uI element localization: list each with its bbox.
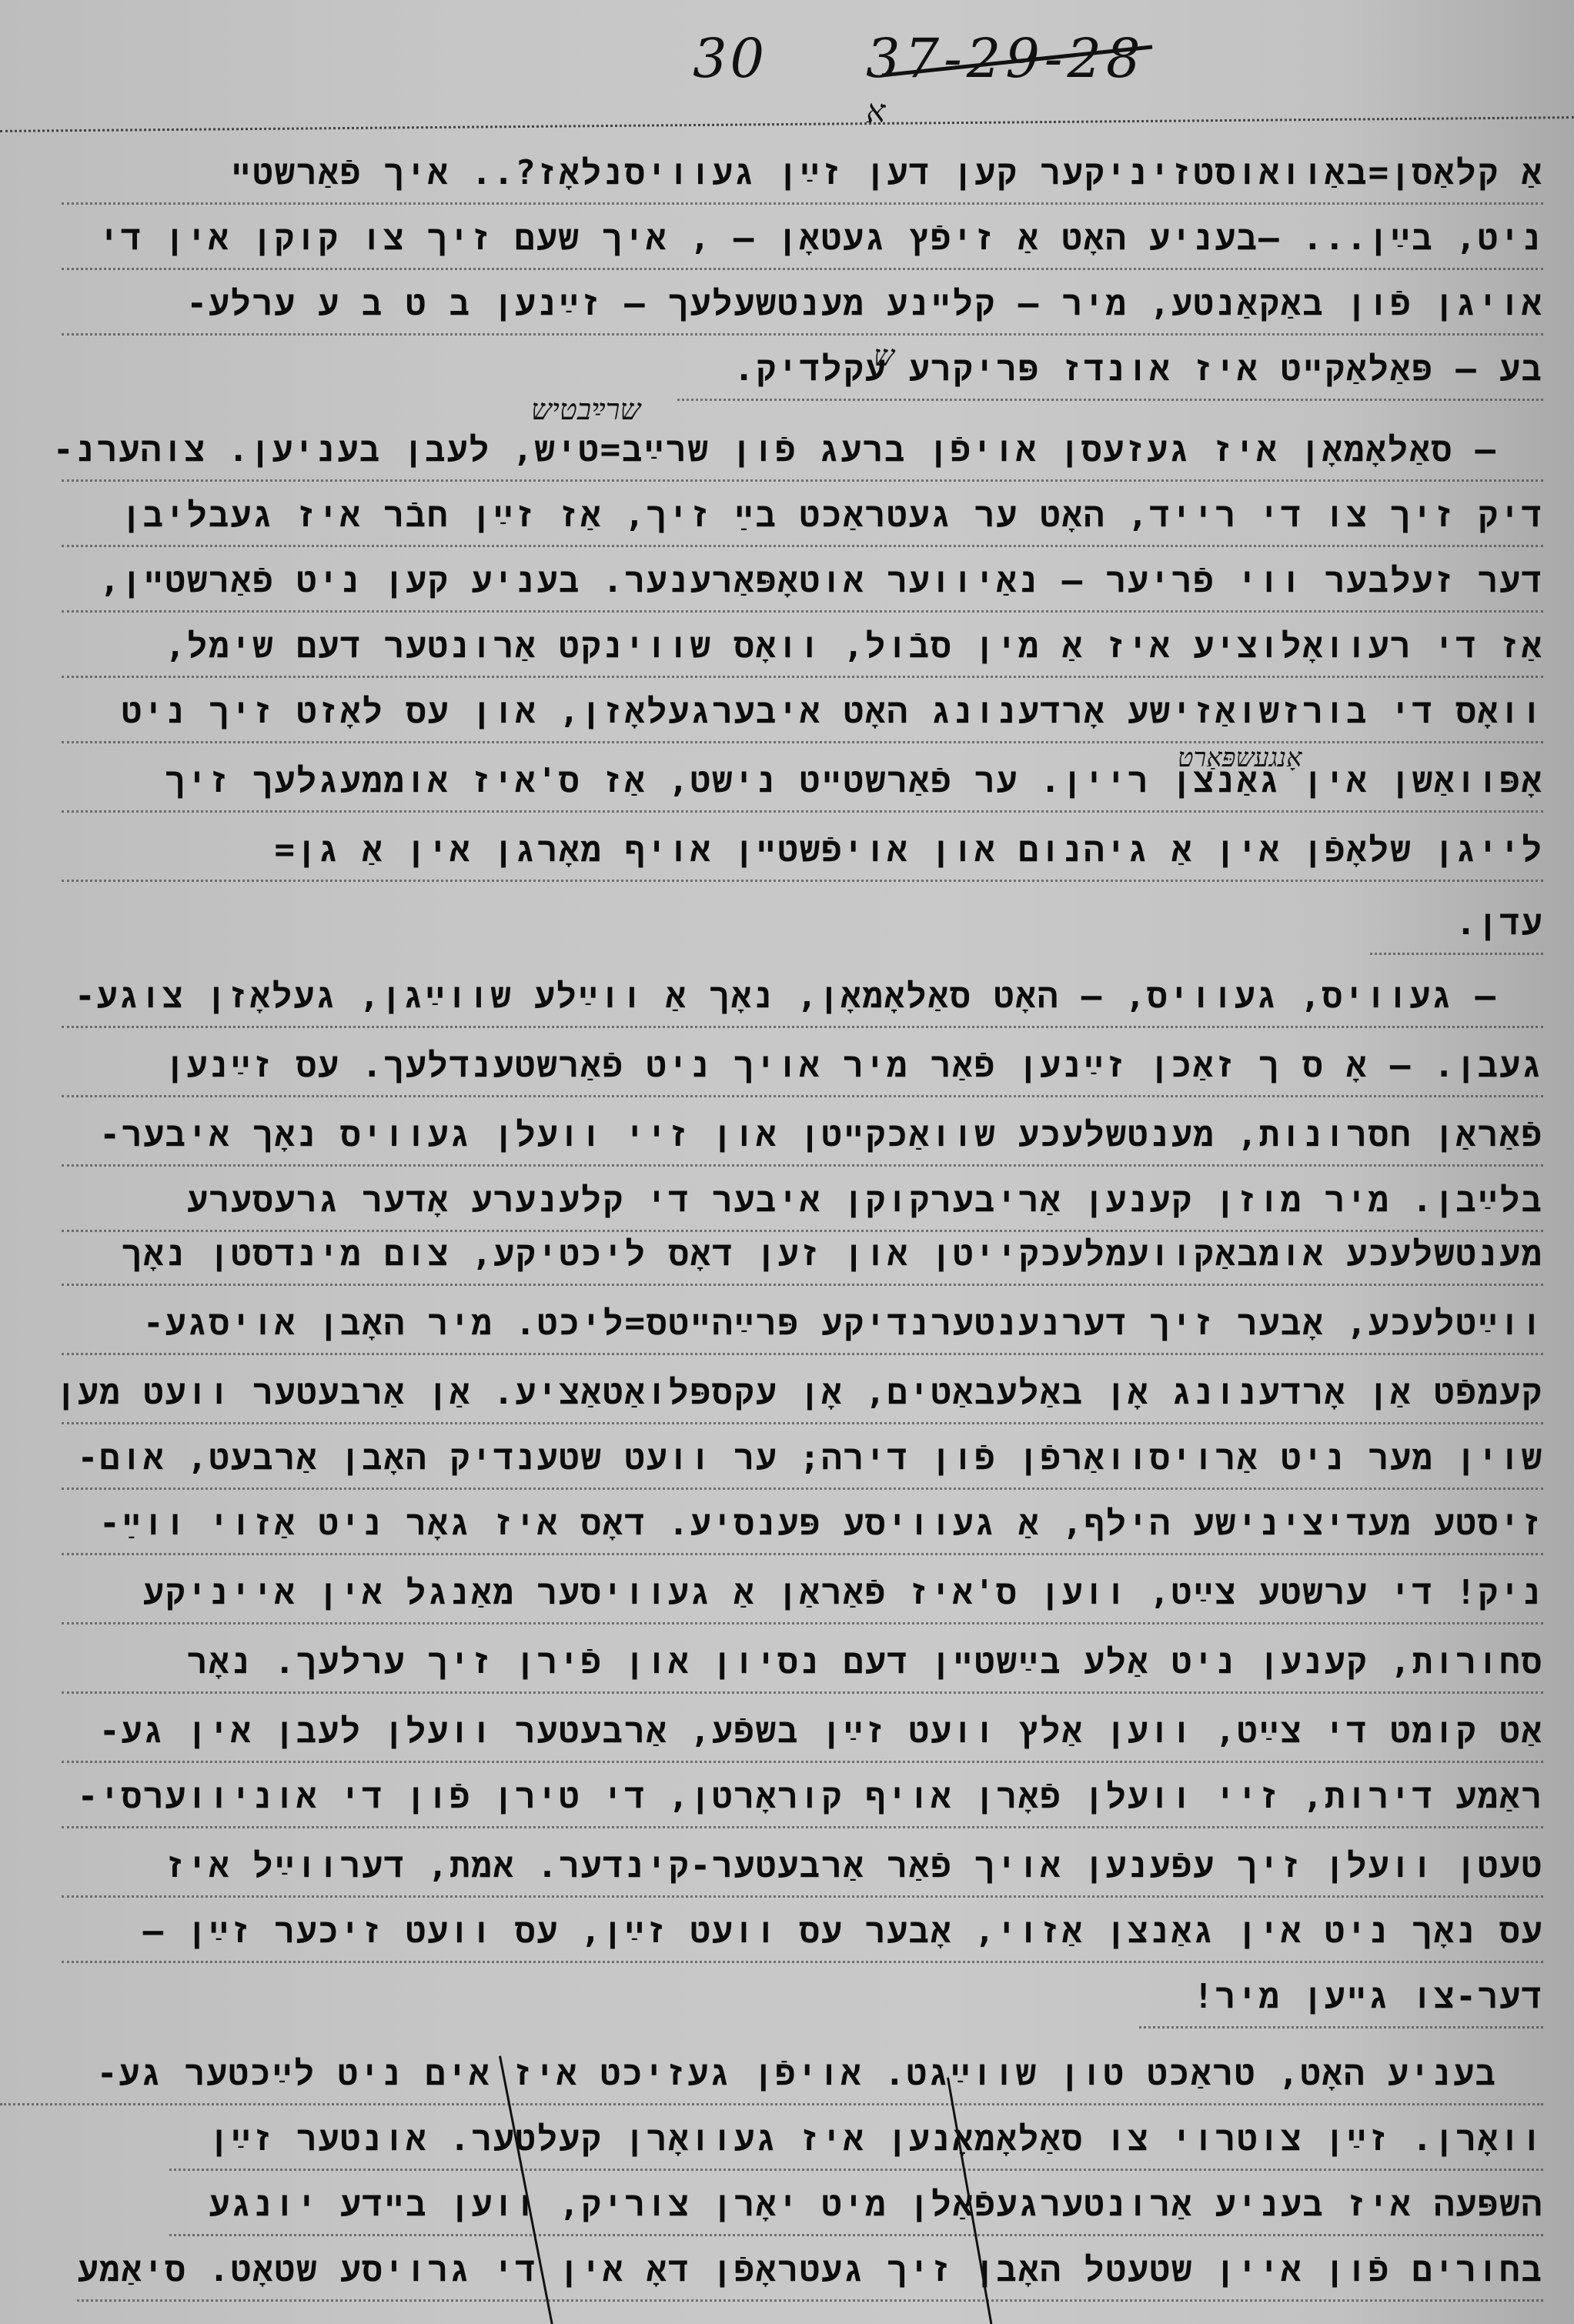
text-line: בע — פּאַלאַקײט איז אונדז פּריקרע עקלדיק… bbox=[677, 346, 1543, 401]
handwritten-word-insert: שרײַבטיש bbox=[531, 392, 640, 427]
text-line: בחורים פֿון איין שטעטל האָבן זיך געטראָפ… bbox=[77, 2247, 1543, 2302]
text-line: מענטשלעכע אומבאַקוועמלעכקייטן און זען דא… bbox=[62, 1231, 1543, 1286]
text-line: — געוויס, געוויס, — האָט סאַלאָמאָן, נאָ… bbox=[62, 973, 1543, 1028]
document-page: 30 37-29-28 א שרײַבטיש ש אָנגעשפּאַרט אַ… bbox=[0, 0, 1574, 2324]
text-line: לייגן שלאָפֿן אין אַ גיהנום און אויפֿשטײ… bbox=[62, 827, 1543, 882]
text-line: שוין מער ניט אַרויסוואַרפֿן פֿון דירה; ע… bbox=[62, 1435, 1543, 1490]
text-line: ווײַטלעכע, אָבער זיך דערנענטערנדיקע פּרײ… bbox=[62, 1301, 1543, 1355]
text-line: טעטן וועלן זיך עפֿענען אויך פֿאַר אַרבעט… bbox=[62, 1843, 1543, 1898]
text-line: אַט קומט די צײַט, ווען אַלץ וועט זײַן בש… bbox=[62, 1708, 1543, 1763]
text-line: עס נאָך ניט אין גאַנצן אַזוי, אָבער עס ו… bbox=[62, 1908, 1543, 1963]
text-line: בעניע האָט, טראַכט טון שווײַגט. אויפֿן ג… bbox=[0, 2051, 1543, 2105]
text-line: אָפּוואַשן אין גאַנצן ריין. ער פֿאַרשטײט… bbox=[62, 758, 1543, 813]
text-line: ניק! די ערשטע צײַט, ווען ס'איז פֿאַראַן … bbox=[62, 1570, 1543, 1624]
text-line: דער זעלבער ווי פֿריער — נאַיווער אוטאָפּ… bbox=[62, 558, 1543, 613]
text-line: אַז די רעוואָלוציע איז אַ מין סבֿול, ווא… bbox=[62, 623, 1543, 678]
text-line: ראַמע דירות, זיי וועלן פֿאָרן אויף קוראָ… bbox=[62, 1774, 1543, 1828]
text-line: סחורות, קענען ניט אַלע בײַשטײן דעם נסיון… bbox=[62, 1639, 1543, 1694]
text-line: דיק זיך צו די רייד, האָט ער געטראַכט בײַ… bbox=[62, 493, 1543, 547]
text-line: קעמפֿט אַן אָרדענונג אָן באַלעבאַטים, אָ… bbox=[62, 1370, 1543, 1424]
text-line: — סאַלאָמאָן איז געזעסן אויפֿן ברעג פֿון… bbox=[62, 427, 1543, 482]
text-line: וואָס די בורזשואַזישע אָרדענונג האָט איב… bbox=[62, 689, 1543, 743]
text-line: השפּעה איז בעניע אַרונטערגעפֿאַלן מיט יא… bbox=[169, 2182, 1543, 2236]
text-line: אַ קלאַסן=באַוואוסטזיניקער קען דען זײַן … bbox=[62, 150, 1543, 205]
handwritten-aleph-insert: א bbox=[866, 92, 885, 131]
page-number: 30 bbox=[693, 27, 767, 90]
text-line: געבן. — אָ ס ך זאַכן זײַנען פֿאַר מיר או… bbox=[62, 1043, 1543, 1097]
text-line: וואָרן. זײַן צוטרוי צו סאַלאָמאָנען איז … bbox=[169, 2116, 1543, 2171]
text-line: זיסטע מעדיצינישע הילף, אַ געוויסע פּענסי… bbox=[62, 1501, 1543, 1555]
text-line: ניט, בײַן... —בעניע האָט אַ זיפֿץ געטאָן… bbox=[62, 215, 1543, 270]
text-line: בלײַבן. מיר מוזן קענען אַריבערקוקן איבער… bbox=[62, 1177, 1543, 1232]
text-line: פֿאַראַן חסרונות, מענטשלעכע שוואַכקײטן א… bbox=[62, 1112, 1543, 1167]
header-rule bbox=[0, 116, 1574, 132]
text-line: דער-צו גײען מיר! bbox=[1139, 1974, 1543, 2028]
text-line: אויגן פֿון באַקאַנטע, מיר — קלײנע מענטשע… bbox=[62, 281, 1543, 336]
text-line: עדן. bbox=[1370, 900, 1543, 955]
crossed-out-page-number: 37-29-28 bbox=[866, 27, 1145, 90]
